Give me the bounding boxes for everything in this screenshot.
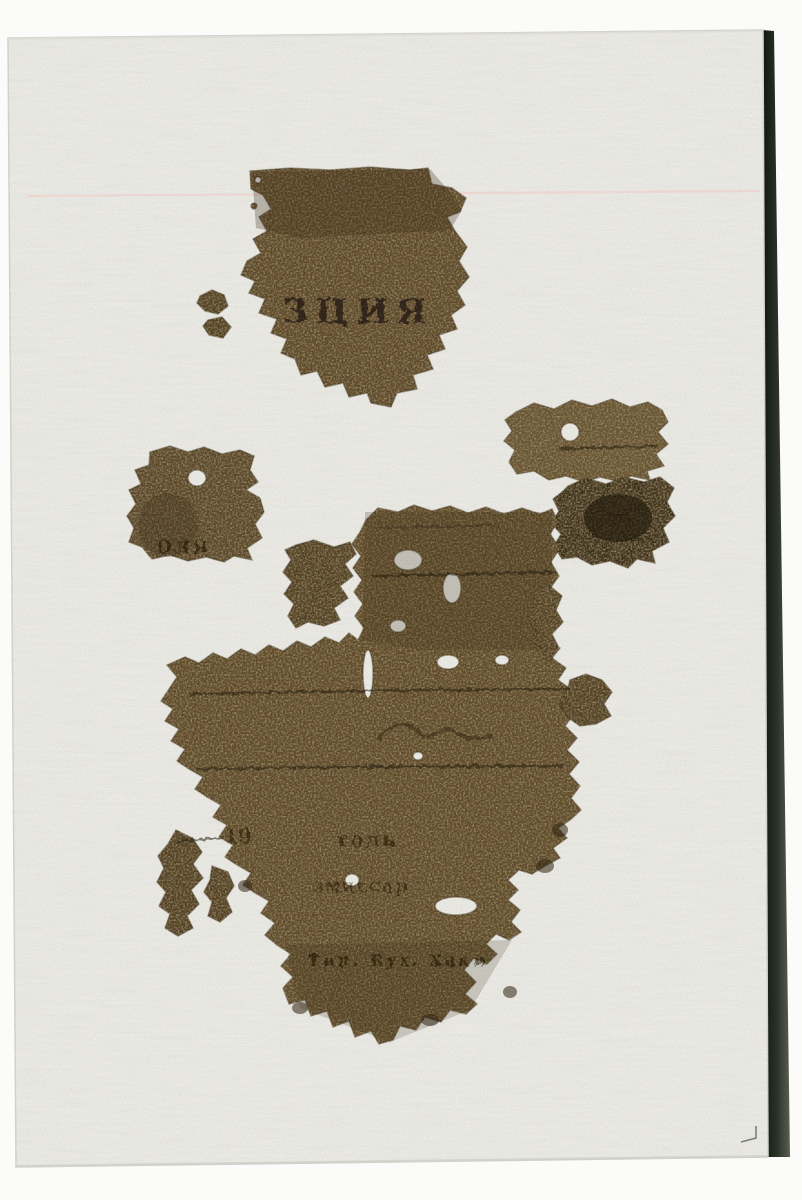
central-line1-word: толь: [336, 827, 397, 851]
fragment-left-text: ОЛЯ: [157, 538, 211, 558]
scan-image: ЗЦИЯ ОЛЯ 19 толь змиссар Тип. Бух. Хакм: [0, 0, 802, 1200]
scan-stage: ЗЦИЯ ОЛЯ 19 толь змиссар Тип. Бух. Хакм: [0, 0, 802, 1200]
central-line1-number: 19: [224, 824, 252, 848]
fragment-right-dark-core: [584, 494, 652, 542]
central-imprint-text: Тип. Бух. Хакм: [308, 951, 489, 970]
fragment-central-satellite: [543, 651, 553, 661]
central-line2-word: змиссар: [313, 875, 410, 897]
fragment-top-dark-area: [252, 169, 462, 238]
fragment-right-upper: [504, 399, 668, 482]
fragment-central-upper-dark: [362, 512, 560, 650]
fragment-top-text: ЗЦИЯ: [283, 292, 434, 332]
